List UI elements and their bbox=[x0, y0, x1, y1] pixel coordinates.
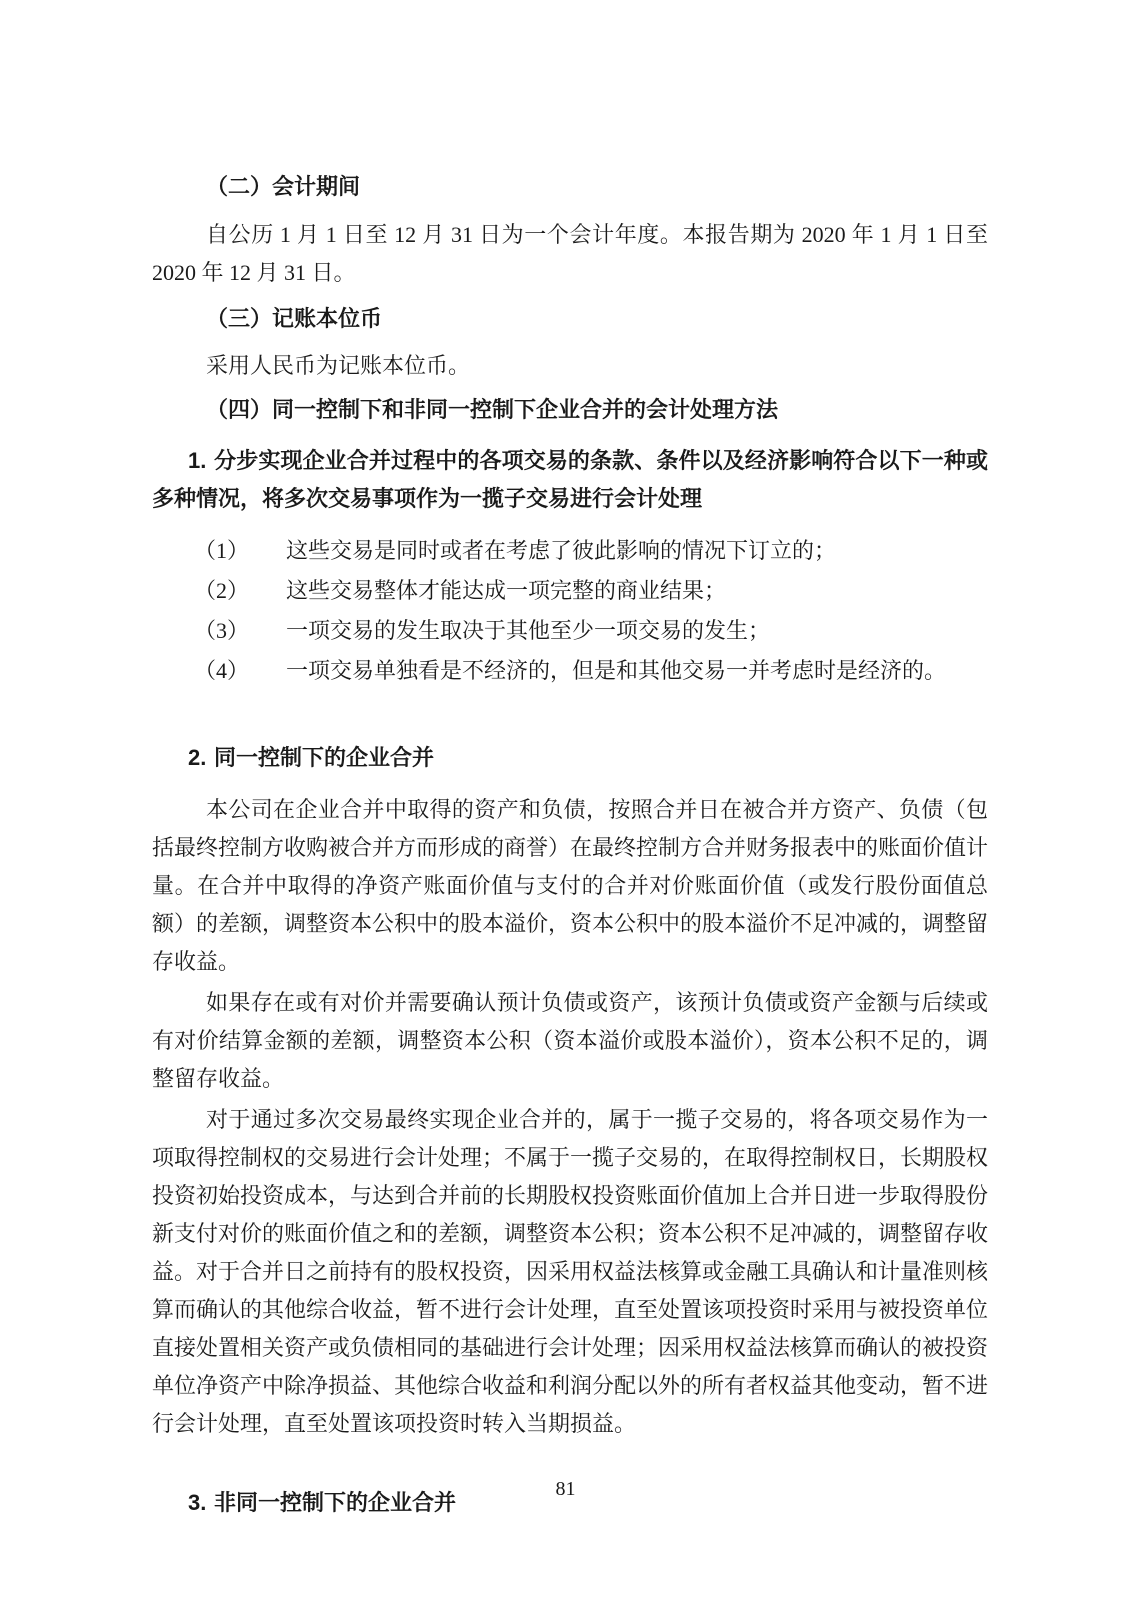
list-item-text: 一项交易单独看是不经济的，但是和其他交易一并考虑时是经济的。 bbox=[286, 658, 946, 683]
list-item-text: 这些交易是同时或者在考虑了彼此影响的情况下订立的； bbox=[286, 538, 836, 563]
list-item-number: （4） bbox=[194, 651, 286, 690]
heading-business-combination-methods: （四）同一控制下和非同一控制下企业合并的会计处理方法 bbox=[206, 391, 988, 429]
subheading-number: 1. bbox=[188, 442, 214, 480]
page-footer: 81 bbox=[0, 1477, 1131, 1501]
paragraph-multiple-transactions: 对于通过多次交易最终实现企业合并的，属于一揽子交易的，将各项交易作为一项取得控制… bbox=[152, 1101, 988, 1443]
list-item-text: 一项交易的发生取决于其他至少一项交易的发生； bbox=[286, 618, 770, 643]
subheading-text: 分步实现企业合并过程中的各项交易的条款、条件以及经济影响符合以下一种或多种情况，… bbox=[152, 448, 988, 511]
document-page: （二）会计期间 自公历 1 月 1 日至 12 月 31 日为一个会计年度。本报… bbox=[0, 0, 1131, 1600]
list-item-number: （2） bbox=[194, 571, 286, 610]
document-body: （二）会计期间 自公历 1 月 1 日至 12 月 31 日为一个会计年度。本报… bbox=[152, 168, 988, 1522]
page-number: 81 bbox=[556, 1478, 576, 1500]
list-item-number: （3） bbox=[194, 611, 286, 650]
list-item-2: （2）这些交易整体才能达成一项完整的商业结果； bbox=[194, 571, 988, 610]
list-item-text: 这些交易整体才能达成一项完整的商业结果； bbox=[286, 578, 726, 603]
subheading-text: 同一控制下的企业合并 bbox=[214, 745, 434, 770]
subheading-number: 2. bbox=[188, 739, 214, 777]
list-item-4: （4）一项交易单独看是不经济的，但是和其他交易一并考虑时是经济的。 bbox=[194, 651, 988, 690]
list-item-1: （1）这些交易是同时或者在考虑了彼此影响的情况下订立的； bbox=[194, 531, 988, 570]
heading-accounting-period: （二）会计期间 bbox=[206, 168, 988, 206]
subheading-step-transactions: 1.分步实现企业合并过程中的各项交易的条款、条件以及经济影响符合以下一种或多种情… bbox=[152, 442, 988, 518]
paragraph-contingent-consideration: 如果存在或有对价并需要确认预计负债或资产，该预计负债或资产金额与后续或有对价结算… bbox=[152, 984, 988, 1098]
paragraph-same-control-1: 本公司在企业合并中取得的资产和负债，按照合并日在被合并方资产、负债（包括最终控制… bbox=[152, 791, 988, 981]
paragraph-functional-currency: 采用人民币为记账本位币。 bbox=[152, 347, 988, 385]
list-item-3: （3）一项交易的发生取决于其他至少一项交易的发生； bbox=[194, 611, 988, 650]
paragraph-accounting-period: 自公历 1 月 1 日至 12 月 31 日为一个会计年度。本报告期为 2020… bbox=[152, 216, 988, 292]
subheading-same-control-combination: 2.同一控制下的企业合并 bbox=[152, 739, 988, 777]
list-item-number: （1） bbox=[194, 531, 286, 570]
heading-functional-currency: （三）记账本位币 bbox=[206, 300, 988, 338]
